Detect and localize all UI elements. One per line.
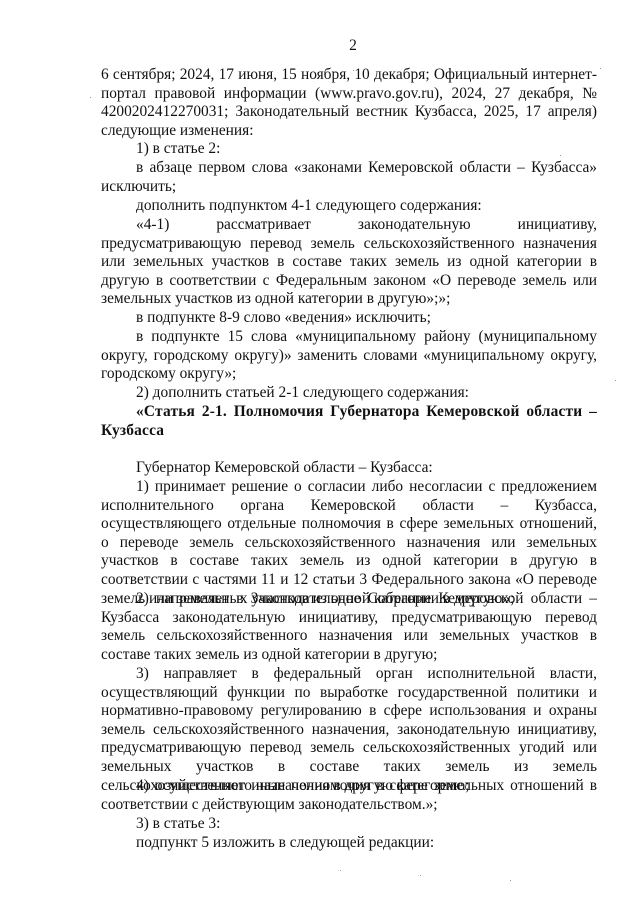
paragraph-subpoint-15: в подпункте 15 слова «муниципальному рай… <box>101 328 597 384</box>
page-number: 2 <box>0 37 640 55</box>
scan-speck <box>353 70 354 71</box>
paragraph-power-2: 2) направляет в Законодательное Собрание… <box>101 590 597 664</box>
paragraph-exclude-words: в абзаце первом слова «законами Кемеровс… <box>101 159 597 196</box>
paragraph-subpoint-5-new-edition: подпункт 5 изложить в следующей редакции… <box>101 834 597 853</box>
paragraph-governor-intro: Губернатор Кемеровской области – Кузбасс… <box>101 459 597 478</box>
paragraph-subpoint-4-1-text: «4-1) рассматривает законодательную иниц… <box>101 216 597 309</box>
paragraph-article-3-heading: 3) в статье 3: <box>101 815 597 834</box>
paragraph-add-subpoint-4-1: дополнить подпунктом 4-1 следующего соде… <box>101 197 597 216</box>
paragraph-article-2-heading: 1) в статье 2: <box>101 140 597 159</box>
scan-speck <box>560 155 561 156</box>
scan-speck <box>90 97 91 98</box>
scan-speck <box>340 870 341 871</box>
paragraph-power-4: 4) осуществляет иные полномочия в сфере … <box>101 777 597 814</box>
article-2-1-title: «Статья 2-1. Полномочия Губернатора Кеме… <box>101 403 597 440</box>
scan-speck <box>615 380 616 381</box>
scan-speck <box>121 70 122 71</box>
paragraph-power-1: 1) принимает решение о согласии либо нес… <box>101 478 597 608</box>
paragraph-power-3: 3) направляет в федеральный орган исполн… <box>101 665 597 795</box>
paragraph-subpoint-8-9: в подпункте 8-9 слово «ведения» исключит… <box>101 309 597 328</box>
paragraph-add-article-2-1: 2) дополнить статьей 2-1 следующего соде… <box>101 384 597 403</box>
scan-speck <box>600 68 601 69</box>
scan-speck <box>510 880 511 881</box>
paragraph-publication-sources: 6 сентября; 2024, 17 июня, 15 ноября, 10… <box>101 66 597 140</box>
scan-speck <box>420 875 421 876</box>
